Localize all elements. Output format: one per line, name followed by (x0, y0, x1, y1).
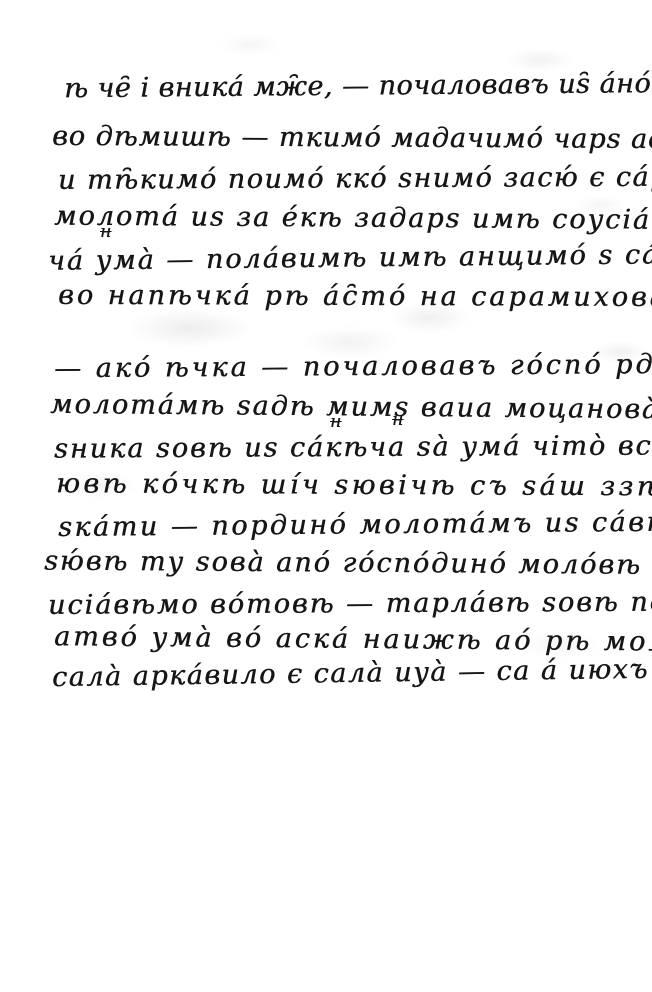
manuscript-line: ча́ ума̀ — пола́вимѣ имѣ анщимо́ ѕ са́хт… (48, 238, 652, 278)
manuscript-line: во дѣмишѣ — ткимо́ мадачимо́ чарѕ адимо́… (52, 121, 652, 158)
manuscript-line: ѕника ѕовѣ иѕ са́кѣча ѕа̀ ума́ чіто̀ все… (54, 430, 652, 466)
manuscript-line: молота́ иѕ за е́кѣ задарѕ имѣ соусіа́вѣн… (54, 201, 652, 238)
manuscript-line: ювѣ ко́чкѣ ші́ч ѕювічѣ съ ѕа́ш ззѣ — (56, 468, 652, 504)
manuscript-line: ѣ че̑ і вника́ мж̑е, — почаловавъ иѕ̑ а́… (64, 67, 652, 106)
interlinear-mark: н (330, 412, 341, 432)
manuscript-line: исіа́вѣмо во́товѣ — тарла́вѣ ѕовѣ поса́с… (48, 586, 652, 622)
manuscript-line: ѕю́вѣ ту ѕова̀ апо́ го́спо́дино́ моло́вѣ… (44, 546, 652, 583)
manuscript-line: сала̀ арка́вило є сала̀ иуа̀ — са а́ июх… (52, 654, 649, 695)
manuscript-line: во напѣчка́ рѣ а́с̑то́ на сарамихова́ѕ (58, 280, 652, 315)
manuscript-line: и тѣ̑кимо́ поимо́ кко́ ѕнимо́ засю́ є са… (58, 161, 652, 197)
interlinear-mark: н (392, 410, 403, 430)
interlinear-mark: н (100, 222, 111, 242)
manuscript-page: ѣ че̑ і вника́ мж̑е, — почаловавъ иѕ̑ а́… (0, 0, 652, 992)
manuscript-line: — ако́ ѣчка — почаловавъ го́спо́ рдино́ (54, 349, 652, 386)
manuscript-line: молота́мѣ ѕадѣ мимѕ ваиа моцанова̀ єлова (50, 389, 652, 428)
manuscript-line: атво́ ума̀ во́ аска́ наижѣ ао́ рѣ моло (54, 621, 652, 659)
manuscript-line: ѕка́ти — пордино́ молота́мъ иѕ са́вѣ шкѣ (58, 506, 652, 544)
